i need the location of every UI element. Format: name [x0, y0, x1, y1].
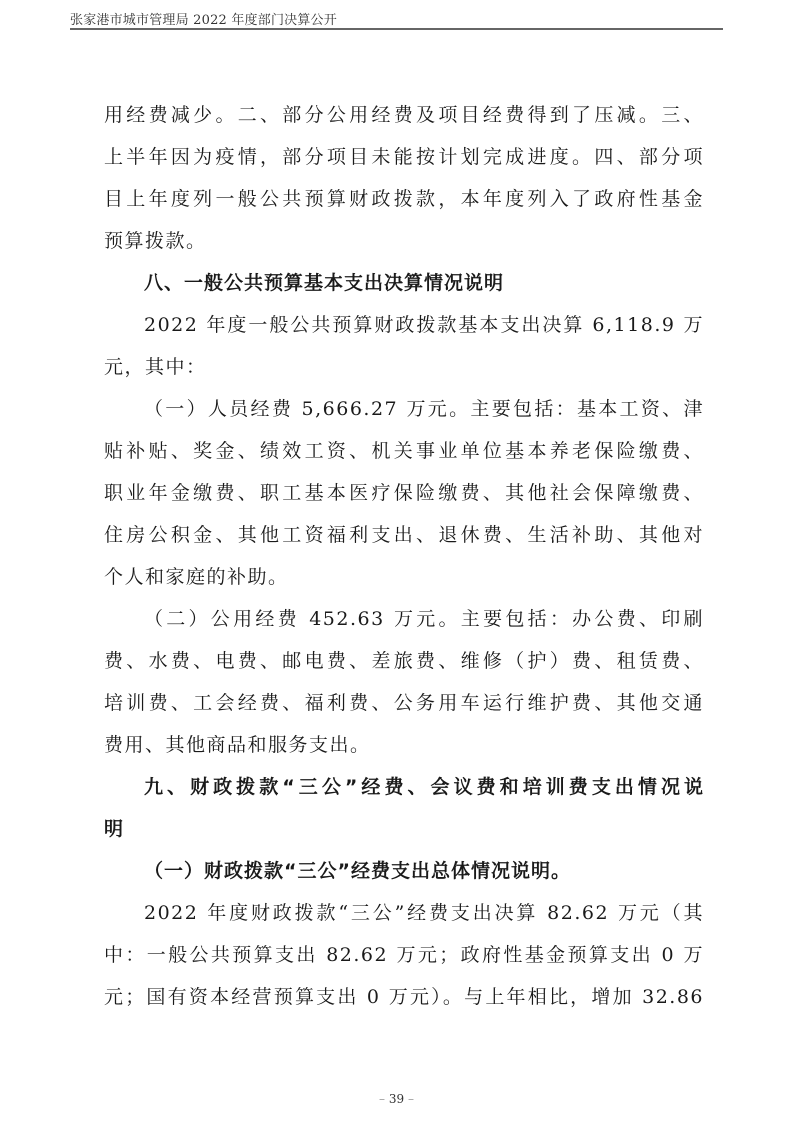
footer-dash-left: –: [379, 1092, 385, 1106]
paragraph-line: （二）公用经费 452.63 万元。主要包括：办公费、印刷: [104, 598, 704, 640]
section-heading-line: 九、财政拨款“三公”经费、会议费和培训费支出情况说: [104, 766, 704, 808]
paragraph-line: 目上年度列一般公共预算财政拨款，本年度列入了政府性基金: [104, 178, 704, 220]
paragraph-line: 培训费、工会经费、福利费、公务用车运行维护费、其他交通: [104, 682, 704, 724]
paragraph-line: 上半年因为疫情，部分项目未能按计划完成进度。四、部分项: [104, 136, 704, 178]
paragraph-line: 预算拨款。: [104, 220, 704, 262]
paragraph-line: （一）人员经费 5,666.27 万元。主要包括：基本工资、津: [104, 388, 704, 430]
paragraph-line: 用经费减少。二、部分公用经费及项目经费得到了压减。三、: [104, 94, 704, 136]
footer-dash-right: –: [408, 1092, 414, 1106]
paragraph-line: 元；国有资本经营预算支出 0 万元）。与上年相比，增加 32.86: [104, 976, 704, 1018]
paragraph-line: 贴补贴、奖金、绩效工资、机关事业单位基本养老保险缴费、: [104, 430, 704, 472]
paragraph-line: 费、水费、电费、邮电费、差旅费、维修（护）费、租赁费、: [104, 640, 704, 682]
page-footer: – 39 –: [0, 1092, 793, 1106]
paragraph-line: 职业年金缴费、职工基本医疗保险缴费、其他社会保障缴费、: [104, 472, 704, 514]
paragraph-line: 元，其中：: [104, 346, 704, 388]
section-heading-line: 八、一般公共预算基本支出决算情况说明: [104, 262, 704, 304]
paragraph-line: 2022 年度财政拨款“三公”经费支出决算 82.62 万元（其: [104, 892, 704, 934]
paragraph-line: 中：一般公共预算支出 82.62 万元；政府性基金预算支出 0 万: [104, 934, 704, 976]
paragraph-line: 个人和家庭的补助。: [104, 556, 704, 598]
section-heading-line: 明: [104, 808, 704, 850]
page-number: 39: [389, 1092, 404, 1106]
document-header: 张家港市城市管理局 2022 年度部门决算公开: [70, 13, 723, 29]
paragraph-line: 住房公积金、其他工资福利支出、退休费、生活补助、其他对: [104, 514, 704, 556]
header-divider: [70, 28, 723, 30]
paragraph-line: 费用、其他商品和服务支出。: [104, 724, 704, 766]
document-body: 用经费减少。二、部分公用经费及项目经费得到了压减。三、上半年因为疫情，部分项目未…: [104, 94, 704, 1018]
paragraph-line: 2022 年度一般公共预算财政拨款基本支出决算 6,118.9 万: [104, 304, 704, 346]
section-heading-line: （一）财政拨款“三公”经费支出总体情况说明。: [104, 850, 704, 892]
